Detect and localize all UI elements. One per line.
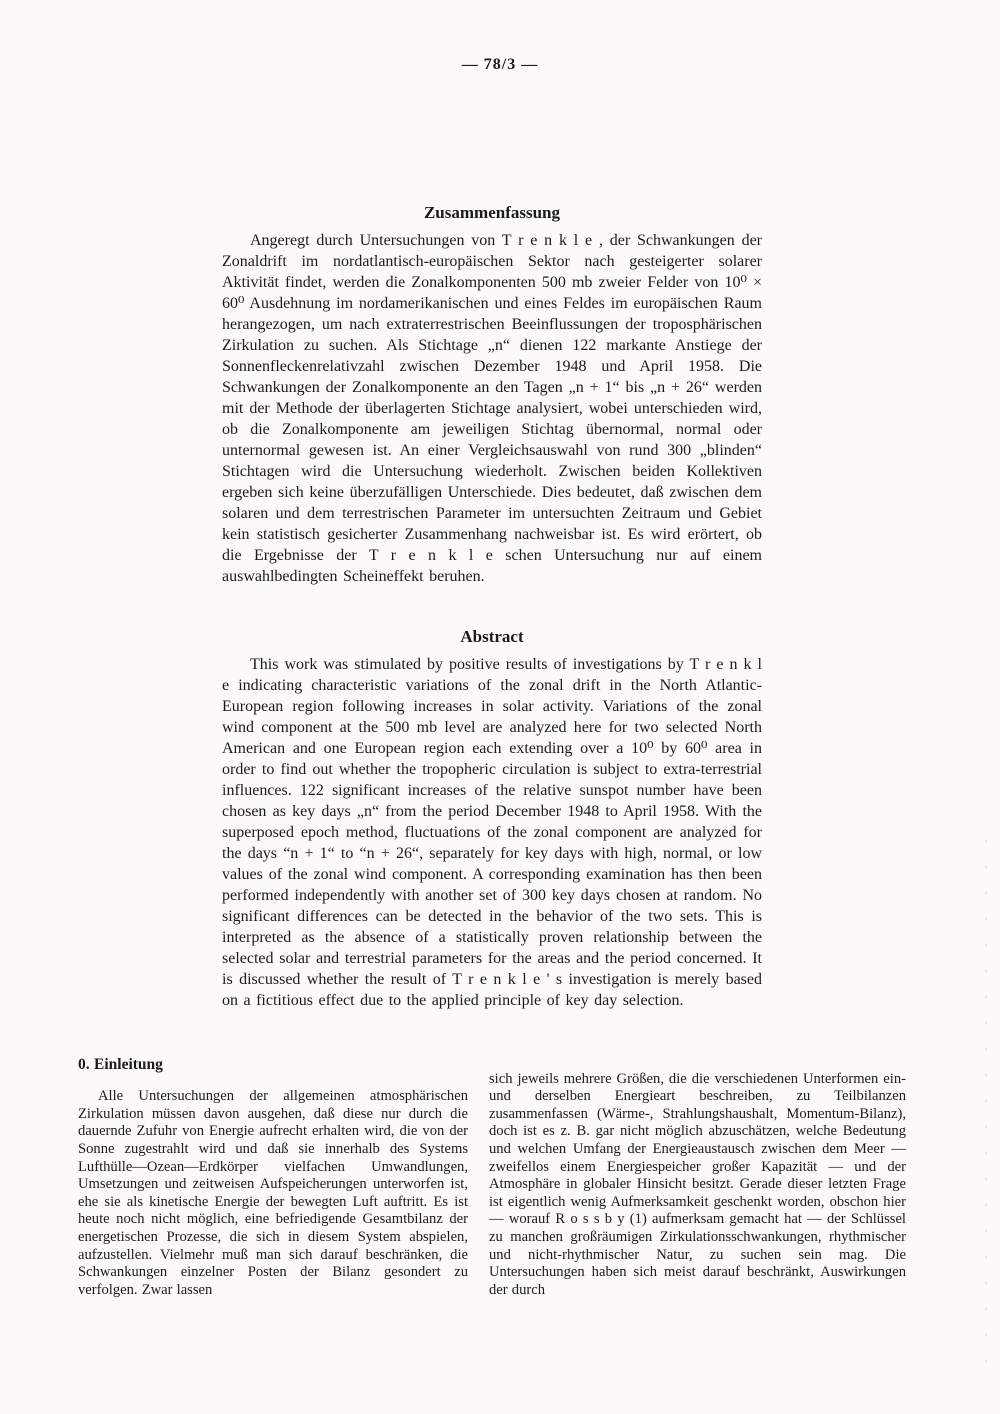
abstract-section: Abstract This work was stimulated by pos…	[222, 627, 762, 1027]
introduction-left-paragraph: Alle Untersuchungen der allgemeinen atmo…	[78, 1088, 468, 1299]
abstract-body: This work was stimulated by positive res…	[222, 654, 762, 1011]
scanned-page: — 78/3 — Zusammenfassung Angeregt durch …	[0, 0, 1000, 1414]
summary-section: Zusammenfassung Angeregt durch Untersuch…	[222, 203, 762, 603]
summary-heading: Zusammenfassung	[222, 203, 762, 223]
abstract-heading: Abstract	[222, 627, 762, 647]
introduction-right-paragraph: sich jeweils mehrere Größen, die die ver…	[489, 1071, 906, 1300]
page-number: — 78/3 —	[0, 56, 1000, 74]
introduction-heading: 0. Einleitung	[78, 1056, 468, 1074]
introduction-right-column: sich jeweils mehrere Größen, die die ver…	[489, 1056, 906, 1314]
introduction-left-column: 0. Einleitung Alle Untersuchungen der al…	[78, 1056, 468, 1314]
summary-body: Angeregt durch Untersuchungen von T r e …	[222, 230, 762, 587]
scan-artifact-line	[985, 840, 987, 1380]
introduction-section: 0. Einleitung Alle Untersuchungen der al…	[78, 1056, 906, 1314]
